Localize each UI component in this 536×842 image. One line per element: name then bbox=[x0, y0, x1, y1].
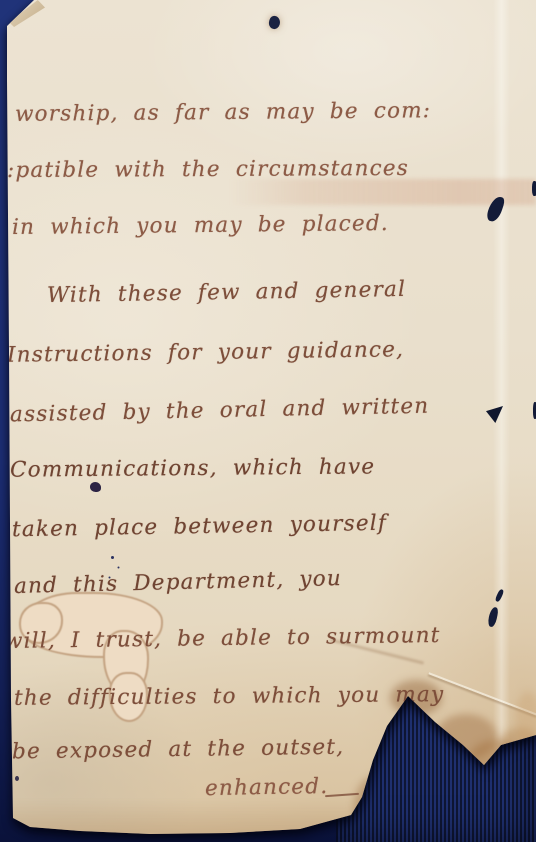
horizontal-fold-stain bbox=[229, 179, 536, 205]
manuscript-line: worship, as far as may be com: bbox=[15, 98, 431, 127]
pen-flourish bbox=[325, 793, 359, 797]
manuscript-line: With these few and general bbox=[47, 277, 407, 308]
manuscript-line: the difficulties to which you may bbox=[14, 682, 445, 711]
ink-specks bbox=[111, 556, 114, 559]
scorched-edge bbox=[354, 776, 396, 838]
manuscript-line: be exposed at the outset, bbox=[12, 735, 345, 765]
ink-speck bbox=[15, 776, 19, 781]
scorched-edge bbox=[515, 692, 536, 744]
manuscript-line: and this Department, you bbox=[14, 566, 342, 599]
manuscript-line: Communications, which have bbox=[10, 454, 375, 482]
ink-blot bbox=[268, 15, 282, 30]
manuscript-line: Instructions for your guidance, bbox=[7, 337, 404, 368]
manuscript-line: :patible with the circumstances bbox=[7, 156, 409, 183]
manuscript-line: taken place between yourself bbox=[12, 511, 387, 543]
catchword-line: enhanced. bbox=[205, 774, 329, 801]
manuscript-line: assisted by the oral and written bbox=[10, 394, 430, 428]
ink-speck bbox=[351, 815, 356, 819]
paper-sheet: worship, as far as may be com: :patible … bbox=[7, 0, 536, 842]
ink-blot bbox=[532, 181, 536, 196]
manuscript-line: in which you may be placed. bbox=[12, 211, 389, 240]
scorched-edge bbox=[469, 740, 523, 778]
manuscript-scan: worship, as far as may be com: :patible … bbox=[0, 0, 536, 842]
ink-blot bbox=[90, 482, 101, 492]
paper-sheet-wrapper: worship, as far as may be com: :patible … bbox=[7, 0, 536, 842]
folded-corner bbox=[9, 0, 45, 27]
bottom-edge-toning bbox=[7, 800, 377, 836]
